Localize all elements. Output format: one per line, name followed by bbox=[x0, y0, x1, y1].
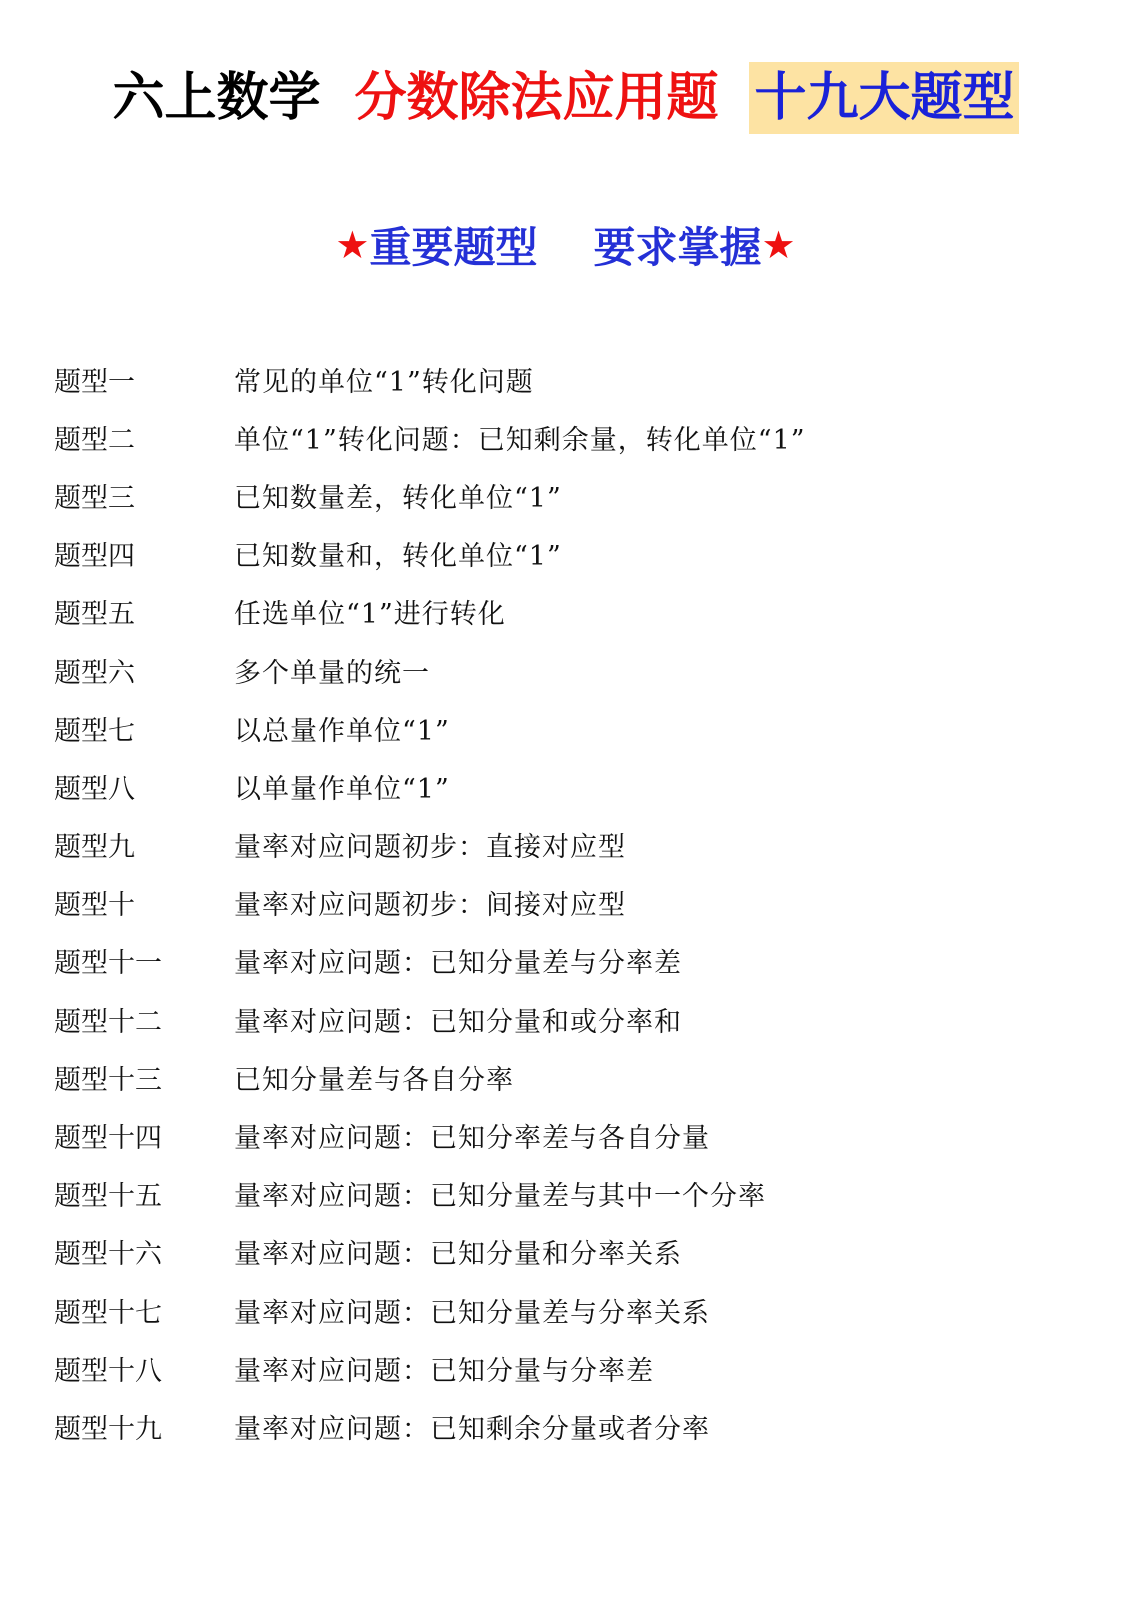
list-item: 题型十九 量率对应问题：已知剩余分量或者分率 bbox=[54, 1397, 1074, 1455]
item-label: 题型十五 bbox=[54, 1174, 234, 1213]
item-description: 量率对应问题：已知剩余分量或者分率 bbox=[234, 1407, 710, 1446]
star-icon-left: ★ bbox=[335, 223, 369, 267]
list-item: 题型九 量率对应问题初步：直接对应型 bbox=[54, 816, 1074, 874]
item-description: 量率对应问题：已知分率差与各自分量 bbox=[234, 1116, 710, 1155]
list-item: 题型六 多个单量的统一 bbox=[54, 641, 1074, 699]
list-item: 题型十七 量率对应问题：已知分量差与分率关系 bbox=[54, 1281, 1074, 1339]
item-label: 题型三 bbox=[54, 476, 234, 515]
star-icon-right: ★ bbox=[762, 223, 796, 267]
list-item: 题型三 已知数量差，转化单位“1” bbox=[54, 466, 1074, 524]
item-label: 题型十二 bbox=[54, 1000, 234, 1039]
list-item: 题型十五 量率对应问题：已知分量差与其中一个分率 bbox=[54, 1165, 1074, 1223]
page-title: 六上数学 分数除法应用题 十九大题型 bbox=[0, 60, 1131, 136]
item-label: 题型八 bbox=[54, 767, 234, 806]
list-item: 题型一 常见的单位“1”转化问题 bbox=[54, 350, 1074, 408]
item-label: 题型四 bbox=[54, 534, 234, 573]
title-grade-subject: 六上数学 bbox=[112, 62, 320, 134]
item-description: 已知分量差与各自分率 bbox=[234, 1058, 514, 1097]
subtitle: ★ 重要题型 要求掌握 ★ bbox=[0, 215, 1131, 275]
subtitle-important: 重要题型 bbox=[369, 215, 537, 275]
item-description: 量率对应问题：已知分量差与分率关系 bbox=[234, 1291, 710, 1330]
list-item: 题型十一 量率对应问题：已知分量差与分率差 bbox=[54, 932, 1074, 990]
item-description: 以总量作单位“1” bbox=[234, 709, 450, 748]
question-type-list: 题型一 常见的单位“1”转化问题 题型二 单位“1”转化问题：已知剩余量，转化单… bbox=[54, 350, 1074, 1456]
item-label: 题型一 bbox=[54, 360, 234, 399]
item-label: 题型十 bbox=[54, 883, 234, 922]
item-label: 题型十四 bbox=[54, 1116, 234, 1155]
item-description: 单位“1”转化问题：已知剩余量，转化单位“1” bbox=[234, 418, 806, 457]
item-label: 题型九 bbox=[54, 825, 234, 864]
item-description: 已知数量和，转化单位“1” bbox=[234, 534, 562, 573]
item-label: 题型十一 bbox=[54, 941, 234, 980]
item-description: 量率对应问题：已知分量和或分率和 bbox=[234, 1000, 682, 1039]
item-description: 量率对应问题初步：间接对应型 bbox=[234, 883, 626, 922]
list-item: 题型四 已知数量和，转化单位“1” bbox=[54, 525, 1074, 583]
item-description: 量率对应问题：已知分量差与其中一个分率 bbox=[234, 1174, 766, 1213]
item-description: 已知数量差，转化单位“1” bbox=[234, 476, 562, 515]
item-label: 题型二 bbox=[54, 418, 234, 457]
item-label: 题型十三 bbox=[54, 1058, 234, 1097]
list-item: 题型十二 量率对应问题：已知分量和或分率和 bbox=[54, 990, 1074, 1048]
list-item: 题型七 以总量作单位“1” bbox=[54, 699, 1074, 757]
subtitle-master: 要求掌握 bbox=[594, 215, 762, 275]
list-item: 题型十六 量率对应问题：已知分量和分率关系 bbox=[54, 1223, 1074, 1281]
item-description: 量率对应问题初步：直接对应型 bbox=[234, 825, 626, 864]
title-count-highlight: 十九大题型 bbox=[749, 62, 1019, 134]
list-item: 题型十 量率对应问题初步：间接对应型 bbox=[54, 874, 1074, 932]
item-label: 题型五 bbox=[54, 592, 234, 631]
item-label: 题型十八 bbox=[54, 1349, 234, 1388]
list-item: 题型十四 量率对应问题：已知分率差与各自分量 bbox=[54, 1106, 1074, 1164]
item-label: 题型十七 bbox=[54, 1291, 234, 1330]
item-label: 题型十六 bbox=[54, 1232, 234, 1271]
list-item: 题型十三 已知分量差与各自分率 bbox=[54, 1048, 1074, 1106]
item-label: 题型十九 bbox=[54, 1407, 234, 1446]
list-item: 题型五 任选单位“1”进行转化 bbox=[54, 583, 1074, 641]
list-item: 题型十八 量率对应问题：已知分量与分率差 bbox=[54, 1339, 1074, 1397]
item-description: 量率对应问题：已知分量差与分率差 bbox=[234, 941, 682, 980]
title-topic: 分数除法应用题 bbox=[354, 62, 718, 134]
item-description: 多个单量的统一 bbox=[234, 651, 430, 690]
item-description: 以单量作单位“1” bbox=[234, 767, 450, 806]
item-description: 任选单位“1”进行转化 bbox=[234, 592, 506, 631]
item-description: 量率对应问题：已知分量和分率关系 bbox=[234, 1232, 682, 1271]
list-item: 题型二 单位“1”转化问题：已知剩余量，转化单位“1” bbox=[54, 408, 1074, 466]
item-description: 量率对应问题：已知分量与分率差 bbox=[234, 1349, 654, 1388]
item-description: 常见的单位“1”转化问题 bbox=[234, 360, 534, 399]
item-label: 题型六 bbox=[54, 651, 234, 690]
list-item: 题型八 以单量作单位“1” bbox=[54, 757, 1074, 815]
item-label: 题型七 bbox=[54, 709, 234, 748]
